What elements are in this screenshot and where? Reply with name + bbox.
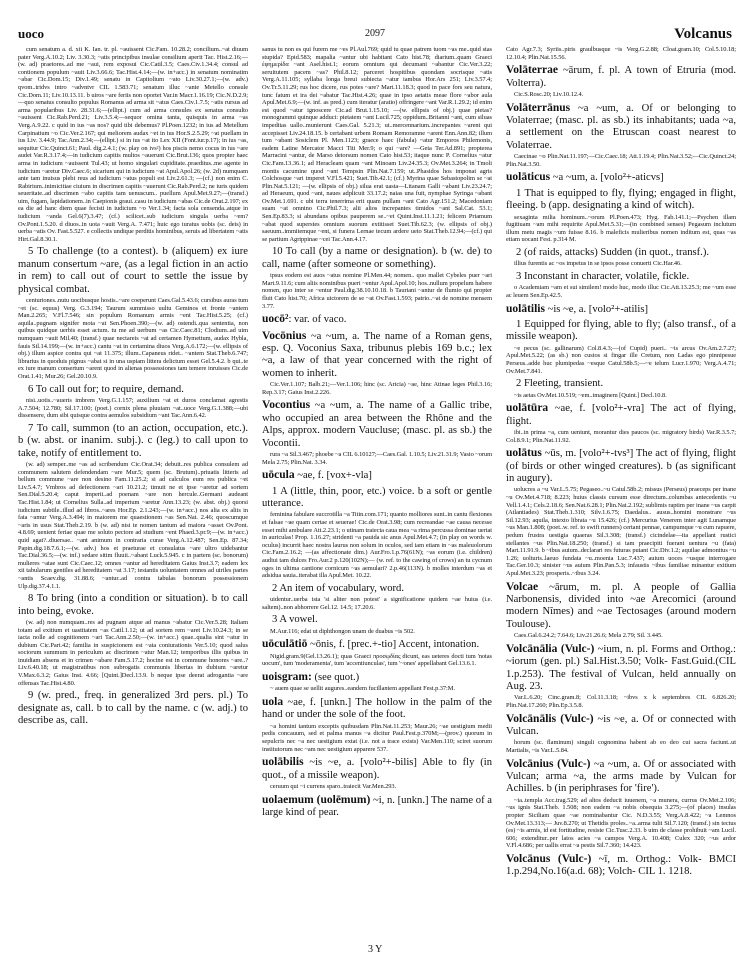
sense-definition: 7 To call, summon (to an action, occupat… <box>18 423 248 460</box>
entry-lemma: uocō² <box>262 313 288 325</box>
right-guideword: Volcanus <box>674 26 732 43</box>
entry-definition: ~ae, f. [unkn.] The hollow in the palm o… <box>262 697 492 720</box>
entry-lemma: uolāticus <box>506 171 550 183</box>
entry-lemma: Volāterrae <box>506 64 558 76</box>
sense-definition: 5 To challenge (to a contest). b (alique… <box>18 246 248 296</box>
citation-block: illius furentis ac ~os impetus in se ips… <box>506 260 736 268</box>
entry-head: uola ~ae, f. [unkn.] The hollow in the p… <box>262 696 492 722</box>
sense-definition: 2 An item of vocabulary, word. <box>262 583 492 595</box>
sense-definition: 10 To call (by a name or designation). b… <box>262 246 492 271</box>
citation-block: rura ~a Sil.3.467; phoebe ~a CIL 6.10127… <box>262 451 492 466</box>
citation-block: feminina fabulare succrotilla ~a Titin.c… <box>262 511 492 579</box>
running-header: uoco 2097 Volcanus <box>18 26 732 42</box>
entry-head: uōculātiō ~ōnis, f. [prec.+-tio] Accent,… <box>262 638 492 651</box>
dictionary-columns: cum senatum a. d. xii K. Ian. tr. pl. ~a… <box>18 46 736 933</box>
entry-head: uolaemum (uolēmum) ~i, n. [unkn.] The na… <box>262 794 492 820</box>
entry-lemma: Volcae <box>506 581 538 593</box>
entry-head: uocō²: var. of vaco. <box>262 313 492 326</box>
citation-block: ceruum qui ~i currens sparo..traiecit Va… <box>262 783 492 791</box>
citation-block: ~ia..templa Acc.trag.529; ad altos deduc… <box>506 797 736 850</box>
entry-head: Volcānus (Vulc-) ~ī, m. Orthog.: Volk- B… <box>506 853 736 879</box>
entry-lemma: Vocontius <box>262 399 310 411</box>
entry-lemma: Volcānālis (Vulc-) <box>506 713 594 725</box>
citation-block: horum (sc. flaminum) singuli cognomina h… <box>506 739 736 754</box>
citation-block: (w. ad) semper..me ~as ad scribendum Cic… <box>18 461 248 590</box>
page-number: 2097 <box>365 28 385 39</box>
citation-block: Cic.Ver.1.107; Balb.21;—Ver.1.106; hinc … <box>262 381 492 396</box>
citation-block: ~a homini tantum exceptis quibusdam Plin… <box>262 723 492 753</box>
citation-block: ibi..in prima ~a, cum ueniunt, morantur … <box>506 429 736 444</box>
entry-head: Vocōnius ~a ~um, a. The name of a Roman … <box>262 330 492 381</box>
citation-block: uidentur..uerba ista 'si aliter non pote… <box>262 596 492 611</box>
entry-lemma: Vocōnius <box>262 330 306 342</box>
entry-lemma: uolaemum (uolēmum) <box>262 794 370 806</box>
column-right: Cato Agr.7.3; Syriis..piris graulbusque … <box>506 46 736 933</box>
entry-definition: : var. of vaco. <box>288 314 346 325</box>
citation-block: Var.L.6.20; Cinc.gram.8; Col.11.3.18; ~i… <box>506 694 736 709</box>
entry-definition: ~ōnis, f. [prec.+-tio] Accent, intonatio… <box>307 639 479 650</box>
citation-block: cum senatum a. d. xii K. Ian. tr. pl. ~a… <box>18 46 248 243</box>
citation-block: ~is aetas Ov.Met.10.519; ~em..imaginem [… <box>506 392 736 400</box>
entry-head: Volāterrae ~ārum, f. pl. A town of Etrur… <box>506 64 736 90</box>
citation-block: centuriones..nutu uocibusque hostis..~ar… <box>18 297 248 381</box>
entry-definition: ~a ~um, a. [volo²+-aticvs] <box>550 172 664 183</box>
citation-block: ~ auem quae se uellit augures..eandem fu… <box>262 685 492 693</box>
entry-definition: ~ārum, m. pl. A people of Gallia Narbone… <box>506 582 736 630</box>
citation-block: sanus tu non es qui furem me ~es Pl.Aul.… <box>262 46 492 243</box>
entry-lemma: uōcula <box>262 469 295 481</box>
entry-definition: ~ae, f. [vox+-vla] <box>295 470 372 481</box>
entry-lemma: uolātūra <box>506 402 548 414</box>
citation-block: nisi..uotis..~aueris imbrem Verg.G.1.157… <box>18 397 248 420</box>
sense-definition: 1 That is equipped to fly, flying; engag… <box>506 188 736 213</box>
entry-lemma: Volcānālia (Vulc-) <box>506 643 594 655</box>
sense-definition: 2 Fleeting, transient. <box>506 378 736 390</box>
citation-block: Cato Agr.7.3; Syriis..piris graulbusque … <box>506 46 736 61</box>
entry-lemma: uolātilis <box>506 303 545 315</box>
sense-definition: 3 A vowel. <box>262 614 492 626</box>
sense-definition: 1 A (little, thin, poor, etc.) voice. b … <box>262 486 492 511</box>
citation-block: uolucres a ~u Var.L.5.75; Pegaseo..~u Ca… <box>506 486 736 577</box>
entry-head: Volāterrānus ~a ~um, a. Of or belonging … <box>506 102 736 153</box>
citation-block: o Academiam ~am et sui similem! modo huc… <box>506 284 736 299</box>
entry-head: uōcula ~ae, f. [vox+-vla] <box>262 469 492 482</box>
entry-head: uoisgram: (see quot.) <box>262 671 492 684</box>
signature-mark: 3 Y <box>368 944 382 955</box>
citation-block: Cic.S.Rosc.20; Liv.10.12.4. <box>506 91 736 99</box>
entry-lemma: Volcānius (Vulc-) <box>506 758 591 770</box>
sense-definition: 3 Inconstant in character, volatile, fic… <box>506 271 736 283</box>
entry-lemma: uoisgram: <box>262 671 312 683</box>
sense-definition: 1 Equipped for flying, able to fly; (als… <box>506 319 736 344</box>
entry-head: uolātūra ~ae, f. [volo²+-vra] The act of… <box>506 402 736 428</box>
column-left: cum senatum a. d. xii K. Ian. tr. pl. ~a… <box>18 46 248 933</box>
citation-block: ipsus eodem est auos ~atus nomine Pl.Men… <box>262 272 492 310</box>
sense-definition: 8 To bring (into a condition or situatio… <box>18 593 248 618</box>
entry-lemma: uolābilis <box>262 756 304 768</box>
citation-block: M.Aur.116; edat ut diphthongon unam de d… <box>262 628 492 636</box>
sense-definition: 6 To call out for; to require, demand. <box>18 384 248 396</box>
column-middle: sanus tu non es qui furem me ~es Pl.Aul.… <box>262 46 492 933</box>
citation-block: sexaginta milia hominum..~orum Pl.Poen.4… <box>506 214 736 244</box>
citation-block: ~e pecus (sc. gallinarum) Col.8.4.3;—(of… <box>506 345 736 375</box>
entry-head: Volcānius (Vulc-) ~a ~um, a. Of or assoc… <box>506 758 736 796</box>
entry-head: uolātilis ~is ~e, a. [volo²+-atilis] <box>506 303 736 316</box>
entry-lemma: uolātus <box>506 447 542 459</box>
entry-lemma: uōculātiō <box>262 638 307 650</box>
sense-definition: 2 (of raids, attacks) Sudden (in quot., … <box>506 247 736 259</box>
entry-head: Volcae ~ārum, m. pl. A people of Gallia … <box>506 581 736 632</box>
sense-definition: 9 (w. pred., freq. in generalized 3rd pe… <box>18 690 248 727</box>
entry-head: Volcānālia (Vulc-) ~ium, n. pl. Forms an… <box>506 643 736 694</box>
citation-block: (w. ad) non numquam..res ad pugnam atque… <box>18 619 248 687</box>
entry-lemma: Volcānus (Vulc-) <box>506 853 591 865</box>
entry-lemma: Volāterrānus <box>506 102 570 114</box>
entry-lemma: uola <box>262 696 283 708</box>
citation-block: Nigid.gram.9(Gel.13.26.1); quas Graeci π… <box>262 653 492 668</box>
left-guideword: uoco <box>18 26 44 42</box>
entry-head: uolāticus ~a ~um, a. [volo²+-aticvs] <box>506 171 736 184</box>
citation-block: Caecinae ~o Plin.Nat.11.197;—Cic.Caec.18… <box>506 153 736 168</box>
entry-head: uolābilis ~is ~e, a. [volo²+-bilis] Able… <box>262 756 492 782</box>
entry-definition: (see quot.) <box>312 672 359 683</box>
citation-block: Caes.Gal.6.24.2; 7.64.6; Liv.21.26.6; Me… <box>506 632 736 640</box>
entry-definition: ~is ~e, a. [volo²+-atilis] <box>545 304 648 315</box>
entry-head: Vocontius ~a ~um, a. The name of a Galli… <box>262 399 492 450</box>
entry-head: Volcānālis (Vulc-) ~is ~e, a. Of or conn… <box>506 713 736 739</box>
entry-head: uolātus ~ūs, m. [volo²+-tvs³] The act of… <box>506 447 736 485</box>
